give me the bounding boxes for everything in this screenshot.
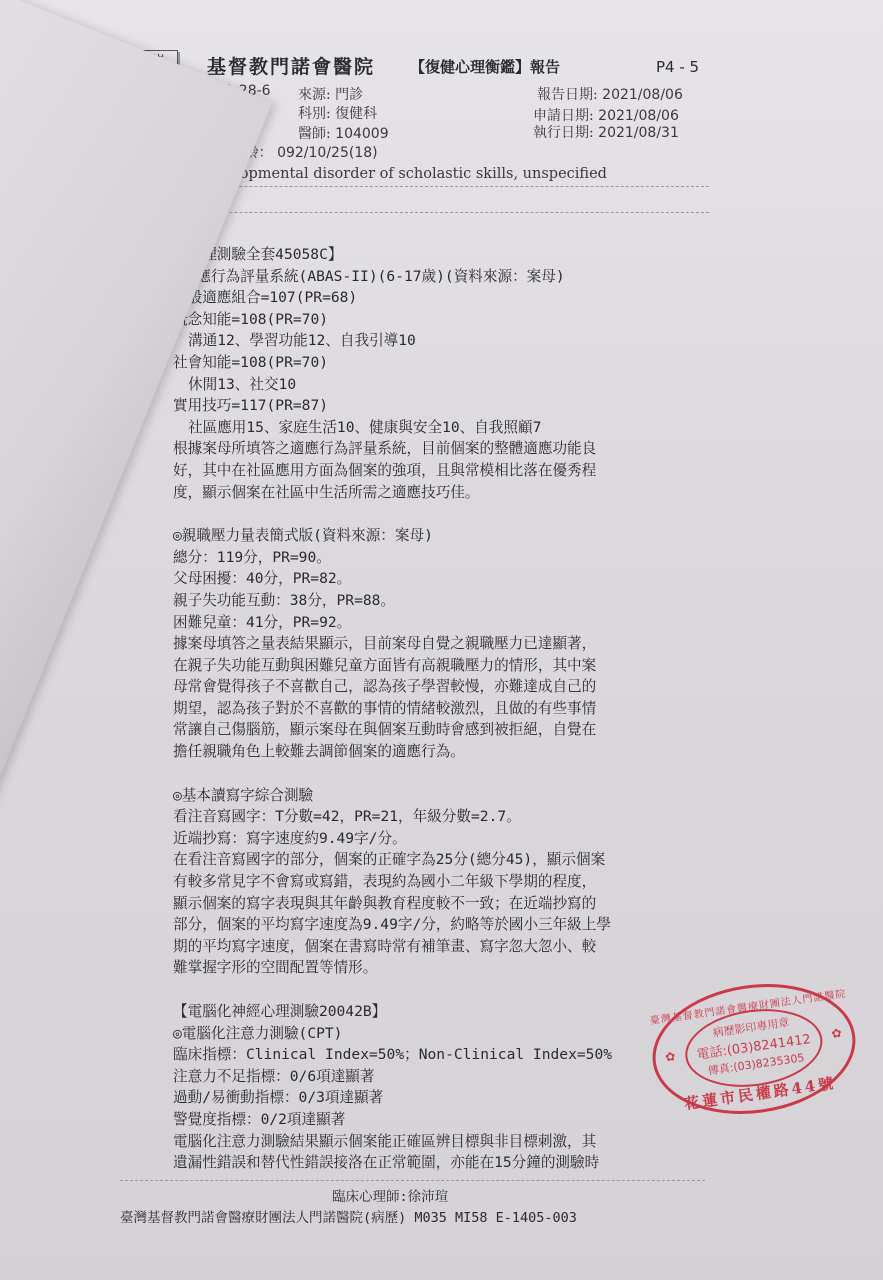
report-line: ◎適應行為評量系統(ABAS-II)(6-17歲)(資料來源：案母) [173, 266, 713, 288]
footer-divider [120, 1180, 705, 1181]
blank-line [173, 979, 713, 1001]
diagnosis: Developmental disorder of scholastic ski… [198, 166, 607, 182]
report-line: 社會知能=108(PR=70) [173, 352, 713, 374]
report-line: 有較多常見字不會寫或寫錯，表現約為國小二年級下學期的程度， [173, 871, 713, 893]
report-line: 在親子失功能互動與困難兒童方面皆有高親職壓力的情形，其中案 [173, 655, 713, 677]
blank-line [173, 503, 713, 525]
report-line: 常讓自己傷腦筋，顯示案母在與個案互動時會感到被拒絕，自覺在 [173, 719, 713, 741]
page-number: P4 - 5 [656, 58, 699, 76]
institution-line: 臺灣基督教門諾會醫療財團法人門諾醫院(病歷) M035 MI58 E-1405-… [120, 1206, 577, 1226]
hospital-name: 基督教門諾會醫院 [207, 52, 375, 79]
doctor-row: 醫師: 104009 [298, 123, 389, 143]
report-line: ◎基本讀寫字綜合測驗 [173, 785, 713, 807]
report-line: 好，其中在社區應用方面為個案的強項，且與常模相比落在優秀程 [173, 460, 713, 482]
report-line: 據案母填答之量表結果顯示，目前案母自覺之親職壓力已達顯著， [173, 633, 713, 655]
report-line: 溝通12、學習功能12、自我引導10 [173, 330, 713, 352]
source-label: 來源: [298, 87, 331, 103]
signer: 臨床心理師:徐沛瑄 [332, 1185, 448, 1205]
source: 門診 [335, 87, 363, 103]
report-line: ◎電腦化注意力測驗(CPT) [173, 1023, 713, 1045]
report-line: 期望，認為孩子對於不喜歡的事情的情緒較激烈，且做的有些事情 [173, 698, 713, 720]
report-line: ◎親職壓力量表簡式版(資料來源：案母) [173, 525, 713, 547]
patient-age: 092/10/25(18) [277, 145, 378, 161]
report-line: 困難兒童：41分，PR=92。 [173, 612, 713, 634]
report-line: 遺漏性錯誤和替代性錯誤接洛在正常範圍，亦能在15分鐘的測驗時 [173, 1152, 713, 1174]
exec-date-label: 執行日期: [533, 125, 594, 141]
report-type: 【復健心理衡鑑】報告 [410, 56, 560, 77]
report-line: 期的平均寫字速度，個案在書寫時常有補筆畫、寫字忽大忽小、較 [173, 936, 713, 958]
source-row: 來源: 門診 [298, 84, 363, 104]
report-date: 2021/08/06 [602, 87, 683, 103]
report-line: 母常會覺得孩子不喜歡自己，認為孩子學習較慢，亦難達成自己的 [173, 676, 713, 698]
report-line: 社區應用15、家庭生活10、健康與安全10、自我照顧7 [173, 417, 713, 439]
report-line: 總分：119分，PR=90。 [173, 547, 713, 569]
report-line: 根據案母所填答之適應行為評量系統，目前個案的整體適應功能良 [173, 438, 713, 460]
report-line: 親子失功能互動：38分，PR=88。 [173, 590, 713, 612]
report-date-label: 報告日期: [537, 87, 598, 103]
flower-icon: ✿ [664, 1049, 676, 1064]
report-line: 擔任親職角色上較難去調節個案的適應行為。 [173, 741, 713, 763]
exec-date: 2021/08/31 [598, 125, 679, 141]
report-line: 難掌握字形的空間配置等情形。 [173, 957, 713, 979]
report-line: 電腦化注意力測驗結果顯示個案能正確區辨目標與非目標刺激，其 [173, 1131, 713, 1153]
report-line: 看注音寫國字：T分數=42，PR=21，年級分數=2.7。 [173, 806, 713, 828]
report-line: 【電腦化神經心理測驗20042B】 [173, 1001, 713, 1023]
report-line: 實用技巧=117(PR=87) [173, 395, 713, 417]
report-line: 【心理測驗全套45058C】 [173, 244, 713, 266]
report-line: 近端抄寫：寫字速度約9.49字/分。 [173, 828, 713, 850]
doctor-id: 104009 [335, 126, 388, 142]
report-line: 警覺度指標：0/2項達顯著 [173, 1109, 713, 1131]
report-line: 休閒13、社交10 [173, 374, 713, 396]
doctor-label: 醫師: [298, 126, 331, 142]
report-line: 過動/易衝動指標：0/3項達顯著 [173, 1087, 713, 1109]
exec-date-row: 執行日期: 2021/08/31 [533, 122, 679, 142]
report-line: 父母困擾：40分，PR=82。 [173, 568, 713, 590]
report-line: 注意力不足指標：0/6項達顯著 [173, 1066, 713, 1088]
report-line: 度，顯示個案在社區中生活所需之適應技巧佳。 [173, 482, 713, 504]
dept: 復健科 [335, 106, 377, 122]
report-body: 【心理測驗全套45058C】 ◎適應行為評量系統(ABAS-II)(6-17歲)… [173, 244, 713, 1174]
report-line: 顯示個案的寫字表現與其年齡與教育程度較不一致；在近端抄寫的 [173, 893, 713, 915]
blank-line [173, 763, 713, 785]
report-line: 臨床指標：Clinical Index=50%；Non-Clinical Ind… [173, 1044, 713, 1066]
flower-icon: ✿ [831, 1026, 843, 1041]
report-line: 在看注音寫國字的部分，個案的正確字為25分(總分45)，顯示個案 [173, 849, 713, 871]
report-line: 概念知能=108(PR=70) [173, 309, 713, 331]
dept-row: 科別: 復健科 [298, 103, 377, 123]
report-date-row: 報告日期: 2021/08/06 [537, 84, 683, 104]
dept-label: 科別: [298, 106, 331, 122]
report-line: 一般適應組合=107(PR=68) [173, 287, 713, 309]
report-line: 部分，個案的平均寫字速度為9.49字/分，約略等於國小三年級上學 [173, 914, 713, 936]
